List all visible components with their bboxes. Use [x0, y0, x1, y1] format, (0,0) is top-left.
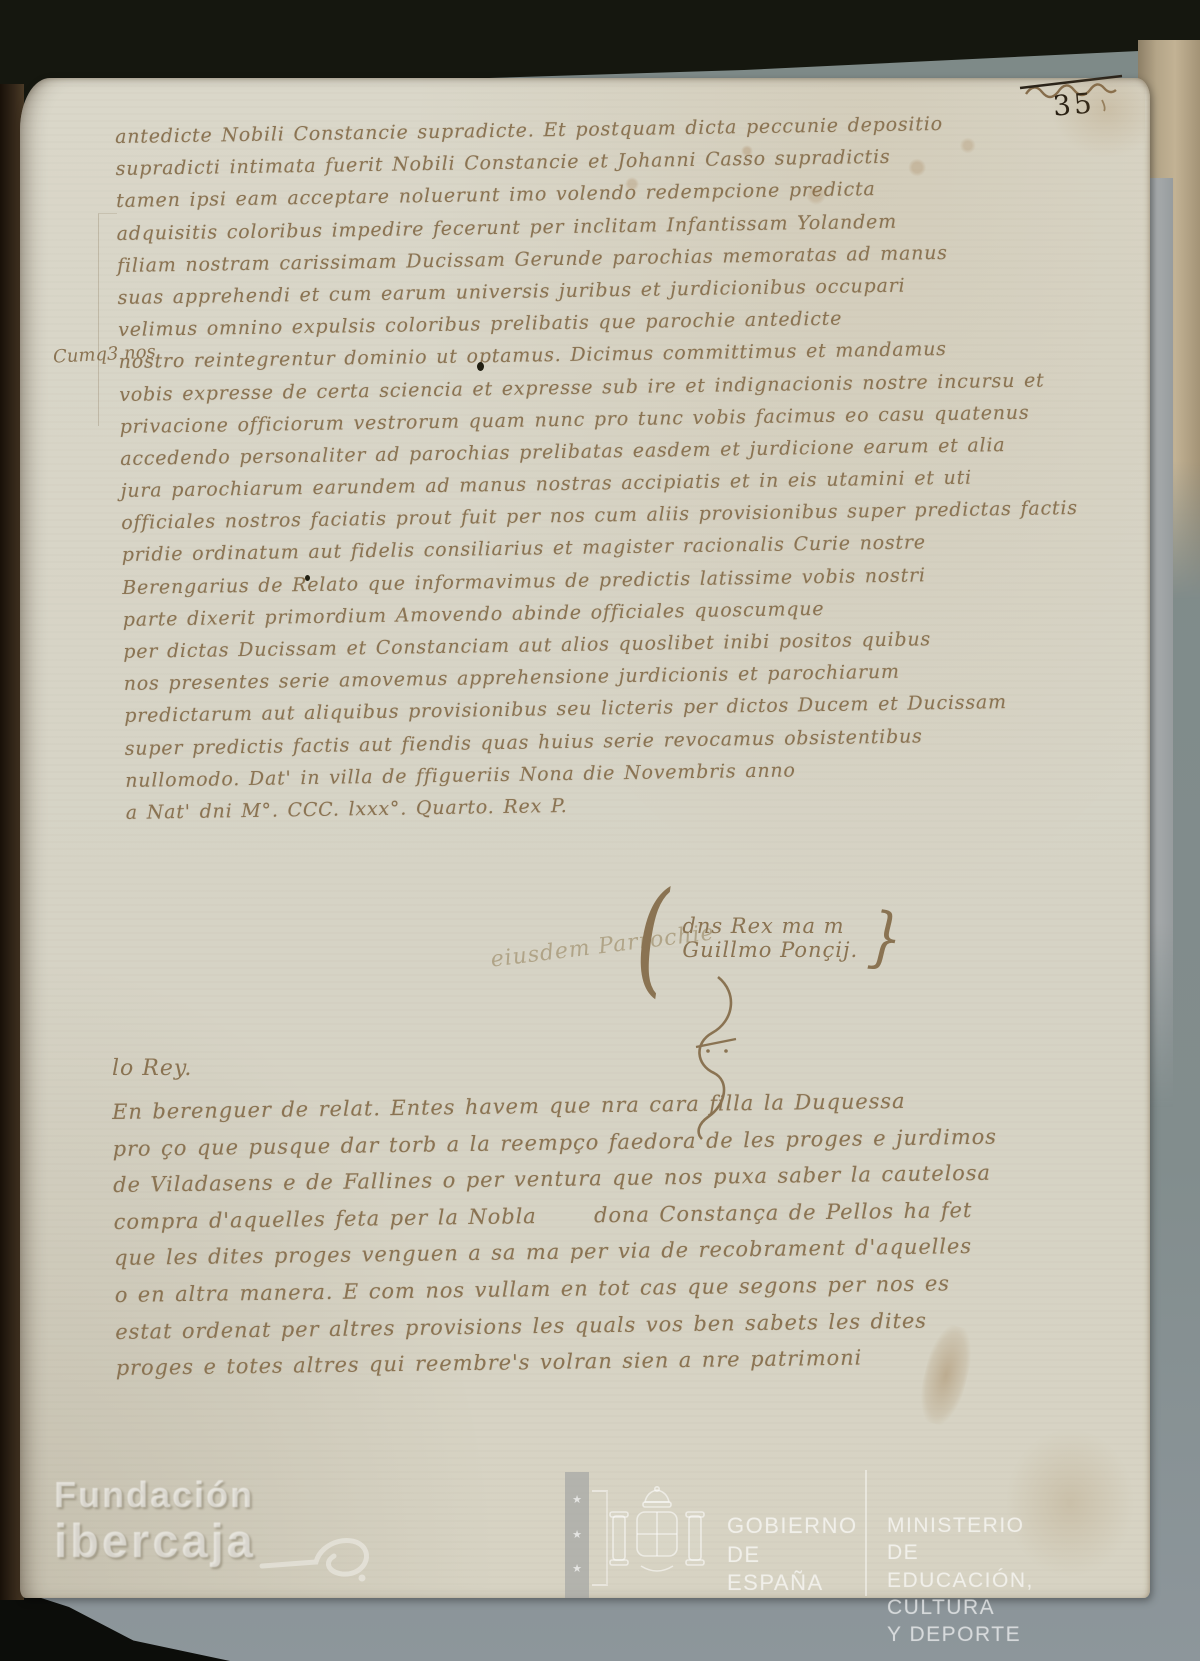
- registration-note-line: Guillmo Ponçij.: [682, 938, 858, 962]
- bracket-close-stroke: }: [866, 903, 905, 973]
- latin-text-block: antedicte Nobili Constancie supradicte. …: [115, 110, 1136, 834]
- gray-ruler-strip: [1146, 178, 1173, 1108]
- catalan-heading: lo Rey.: [112, 1056, 192, 1081]
- star-icon: ★: [572, 1564, 582, 1575]
- ink-blot: [477, 362, 484, 371]
- spain-coat-of-arms-icon: [605, 1486, 709, 1582]
- manuscript-scan-photo: 35 antedicte Nobili Constancie supradict…: [0, 0, 1200, 1661]
- eu-stars-bar: ★ ★ ★: [565, 1472, 589, 1598]
- paper-fold-crease: [98, 213, 117, 426]
- catalan-text-block: En berenguer de relat. Entes havem que n…: [112, 1086, 1116, 1393]
- bracket-open-stroke: (: [635, 876, 669, 1000]
- registration-note: ( dns Rex ma m Guillmo Ponçij. }: [628, 876, 906, 1000]
- gobierno-watermark-text: GOBIERNO DE ESPAÑA: [727, 1512, 858, 1598]
- ibercaja-logo-icon: [258, 1526, 378, 1594]
- star-icon: ★: [572, 1530, 582, 1541]
- star-icon: ★: [572, 1495, 582, 1506]
- ministerio-line: DE EDUCACIÓN, CULTURA: [887, 1539, 1034, 1621]
- ibercaja-watermark-line: Fundación: [55, 1476, 257, 1516]
- ministerio-watermark-text: MINISTERIO DE EDUCACIÓN, CULTURA Y DEPOR…: [887, 1512, 1034, 1648]
- ministerio-line: Y DEPORTE: [887, 1621, 1034, 1648]
- watermark-divider: [865, 1470, 867, 1596]
- registration-note-line: dns Rex ma m: [682, 914, 858, 938]
- ink-blot: [305, 575, 310, 581]
- ministerio-line: MINISTERIO: [887, 1512, 1034, 1539]
- gobierno-line: DE ESPAÑA: [727, 1541, 858, 1598]
- ibercaja-foundation-watermark: Fundación ibercaja: [55, 1476, 257, 1567]
- gobierno-line: GOBIERNO: [727, 1512, 858, 1541]
- ibercaja-watermark-line: ibercaja: [55, 1516, 257, 1568]
- manuscript-page: 35 antedicte Nobili Constancie supradict…: [20, 78, 1150, 1598]
